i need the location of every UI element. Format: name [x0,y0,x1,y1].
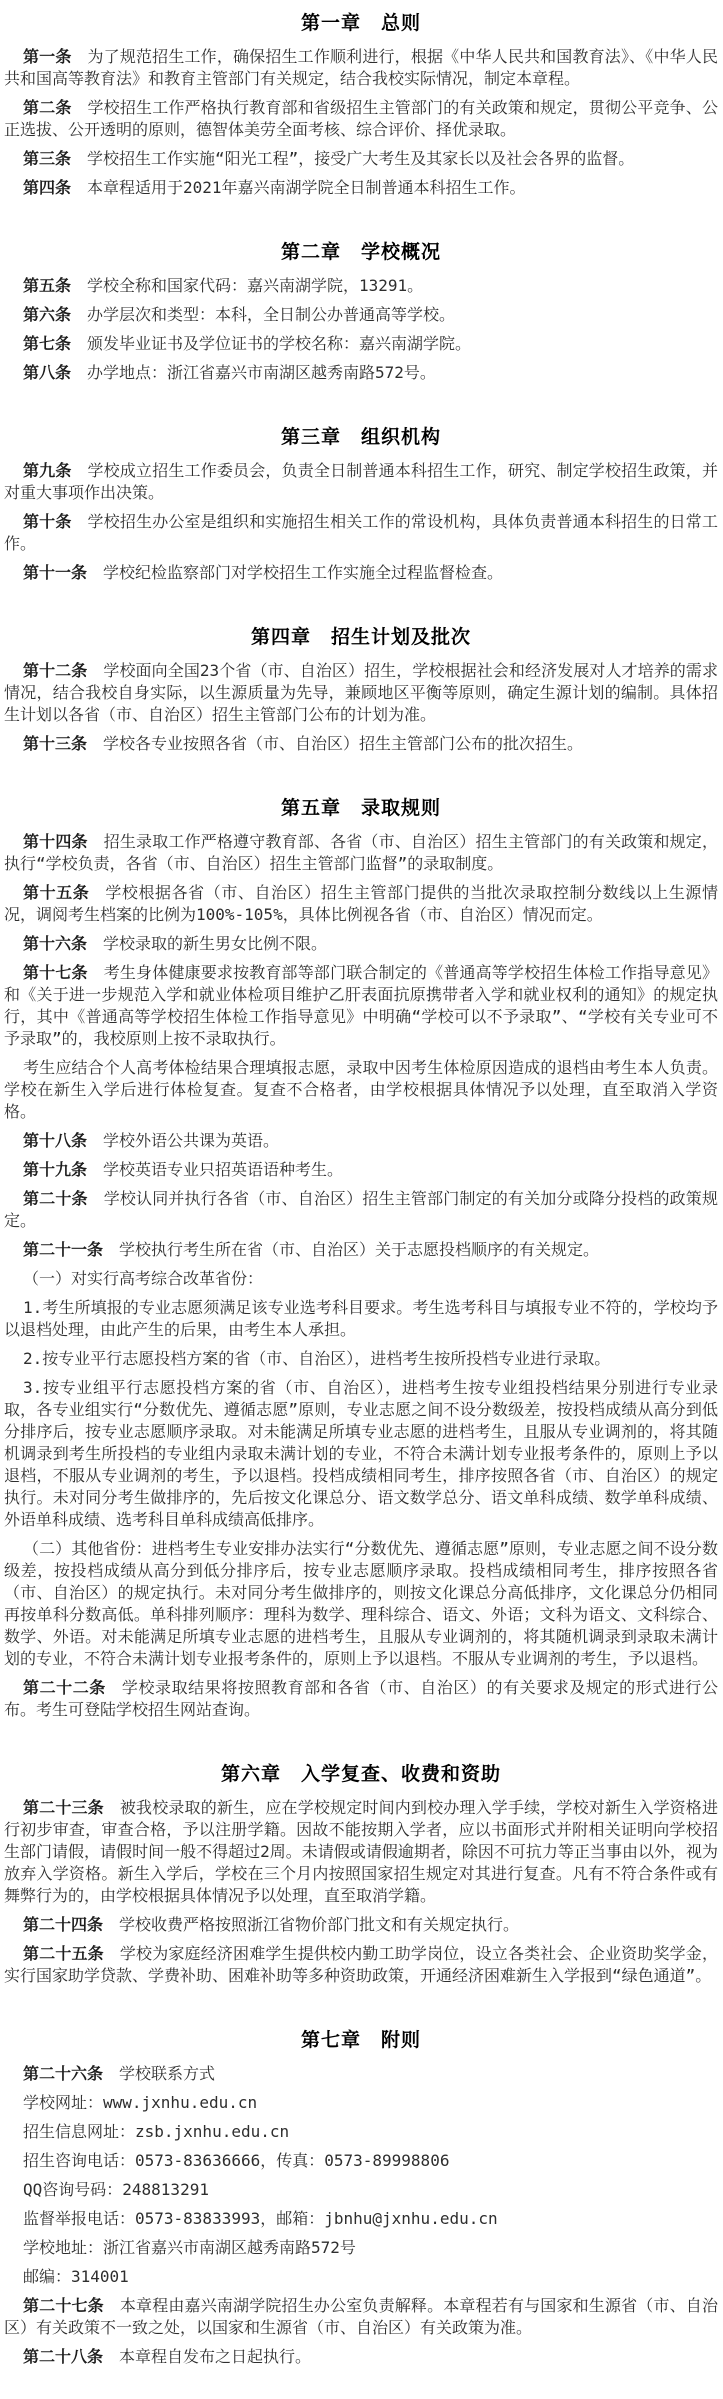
paragraph-text: QQ咨询号码：248813291 [23,2180,209,2199]
article-number-label: 第十条 [23,512,88,531]
paragraph: 招生咨询电话：0573-83636666，传真：0573-89998806 [4,2150,718,2172]
chapter: 第四章 招生计划及批次第十二条学校面向全国23个省（市、自治区）招生，学校根据社… [4,624,718,755]
paragraph-text: 为了规范招生工作，确保招生工作顺利进行，根据《中华人民共和国教育法》、《中华人民… [4,47,718,88]
article-number-label: 第十五条 [23,883,105,902]
paragraph-text: 本章程自发布之日起执行。 [119,2347,311,2366]
paragraph: 招生信息网址：zsb.jxnhu.edu.cn [4,2121,718,2143]
paragraph: 学校网址：www.jxnhu.edu.cn [4,2092,718,2114]
paragraph: 2.按专业平行志愿投档方案的省（市、自治区），进档考生按所投档专业进行录取。 [4,1348,718,1370]
article-paragraph: 第二条学校招生工作严格执行教育部和省级招生主管部门的有关政策和规定，贯彻公平竞争… [4,97,718,141]
article-number-label: 第十四条 [23,832,104,851]
article-number-label: 第十八条 [23,1131,103,1150]
article-paragraph: 第十三条学校各专业按照各省（市、自治区）招生主管部门公布的批次招生。 [4,733,718,755]
article-number-label: 第九条 [23,461,88,480]
article-paragraph: 第十七条考生身体健康要求按教育部等部门联合制定的《普通高等学校招生体检工作指导意… [4,962,718,1050]
chapter-title: 第三章 组织机构 [4,424,718,450]
paragraph-text: 学校招生工作严格执行教育部和省级招生主管部门的有关政策和规定，贯彻公平竞争、公正… [4,98,718,139]
article-number-label: 第十二条 [23,661,103,680]
paragraph-text: 学校联系方式 [119,2064,215,2083]
paragraph-text: （二）其他省份：进档考生专业安排办法实行“分数优先、遵循志愿”原则，专业志愿之间… [4,1539,718,1668]
paragraph-text: 办学地点：浙江省嘉兴市南湖区越秀南路572号。 [87,363,436,382]
article-paragraph: 第二十五条学校为家庭经济困难学生提供校内勤工助学岗位，设立各类社会、企业资助奖学… [4,1943,718,1987]
paragraph-text: 学校地址：浙江省嘉兴市南湖区越秀南路572号 [23,2238,356,2257]
chapter-title: 第二章 学校概况 [4,239,718,265]
paragraph-text: 监督举报电话：0573-83833993，邮箱：jbnhu@jxnhu.edu.… [23,2209,498,2228]
article-number-label: 第七条 [23,334,87,353]
article-paragraph: 第三条学校招生工作实施“阳光工程”，接受广大考生及其家长以及社会各界的监督。 [4,148,718,170]
paragraph-text: 学校根据各省（市、自治区）招生主管部门提供的当批次录取控制分数线以上生源情况，调… [4,883,718,924]
chapter-title: 第七章 附则 [4,2027,718,2053]
paragraph-text: 学校英语专业只招英语语种考生。 [103,1160,343,1179]
paragraph: 学校地址：浙江省嘉兴市南湖区越秀南路572号 [4,2237,718,2259]
article-number-label: 第二十八条 [23,2347,119,2366]
chapter: 第六章 入学复查、收费和资助第二十三条被我校录取的新生，应在学校规定时间内到校办… [4,1761,718,1987]
paragraph: 3.按专业组平行志愿投档方案的省（市、自治区），进档考生按专业组投档结果分别进行… [4,1377,718,1531]
article-paragraph: 第七条颁发毕业证书及学位证书的学校名称：嘉兴南湖学院。 [4,333,718,355]
paragraph-text: 颁发毕业证书及学位证书的学校名称：嘉兴南湖学院。 [87,334,471,353]
article-paragraph: 第八条办学地点：浙江省嘉兴市南湖区越秀南路572号。 [4,362,718,384]
paragraph: （一）对实行高考综合改革省份： [4,1268,718,1290]
paragraph: 考生应结合个人高考体检结果合理填报志愿，录取中因考生体检原因造成的退档由考生本人… [4,1057,718,1123]
paragraph-text: 学校网址：www.jxnhu.edu.cn [23,2093,257,2112]
chapter-title: 第一章 总则 [4,10,718,36]
article-number-label: 第十七条 [23,963,104,982]
paragraph: 邮编：314001 [4,2266,718,2288]
paragraph-text: 学校录取的新生男女比例不限。 [103,934,327,953]
article-paragraph: 第二十二条学校录取结果将按照教育部和各省（市、自治区）的有关要求及规定的形式进行… [4,1677,718,1721]
article-number-label: 第八条 [23,363,87,382]
article-paragraph: 第二十一条学校执行考生所在省（市、自治区）关于志愿投档顺序的有关规定。 [4,1239,718,1261]
chapter-title: 第四章 招生计划及批次 [4,624,718,650]
article-paragraph: 第十四条招生录取工作严格遵守教育部、各省（市、自治区）招生主管部门的有关政策和规… [4,831,718,875]
paragraph: QQ咨询号码：248813291 [4,2179,718,2201]
article-number-label: 第三条 [23,149,87,168]
paragraph-text: 本章程适用于2021年嘉兴南湖学院全日制普通本科招生工作。 [87,178,526,197]
article-paragraph: 第九条学校成立招生工作委员会，负责全日制普通本科招生工作，研究、制定学校招生政策… [4,460,718,504]
paragraph-text: 学校纪检监察部门对学校招生工作实施全过程监督检查。 [103,563,503,582]
paragraph-text: 学校各专业按照各省（市、自治区）招生主管部门公布的批次招生。 [103,734,583,753]
article-number-label: 第二十一条 [23,1240,119,1259]
article-paragraph: 第五条学校全称和国家代码：嘉兴南湖学院，13291。 [4,275,718,297]
paragraph-text: （一）对实行高考综合改革省份： [23,1269,263,1288]
article-paragraph: 第十二条学校面向全国23个省（市、自治区）招生，学校根据社会和经济发展对人才培养… [4,660,718,726]
paragraph-text: 3.按专业组平行志愿投档方案的省（市、自治区），进档考生按专业组投档结果分别进行… [4,1378,718,1529]
chapter: 第二章 学校概况第五条学校全称和国家代码：嘉兴南湖学院，13291。第六条办学层… [4,239,718,384]
article-number-label: 第二十五条 [23,1944,120,1963]
chapter-title: 第五章 录取规则 [4,795,718,821]
paragraph-text: 办学层次和类型：本科，全日制公办普通高等学校。 [87,305,455,324]
chapter: 第一章 总则第一条为了规范招生工作，确保招生工作顺利进行，根据《中华人民共和国教… [4,10,718,199]
paragraph-text: 学校外语公共课为英语。 [103,1131,279,1150]
paragraph-text: 邮编：314001 [23,2267,129,2286]
paragraph-text: 考生应结合个人高考体检结果合理填报志愿，录取中因考生体检原因造成的退档由考生本人… [4,1058,718,1121]
article-paragraph: 第十条学校招生办公室是组织和实施招生相关工作的常设机构，具体负责普通本科招生的日… [4,511,718,555]
article-paragraph: 第二十六条学校联系方式 [4,2063,718,2085]
article-paragraph: 第二十条学校认同并执行各省（市、自治区）招生主管部门制定的有关加分或降分投档的政… [4,1188,718,1232]
article-number-label: 第十三条 [23,734,103,753]
article-paragraph: 第六条办学层次和类型：本科，全日制公办普通高等学校。 [4,304,718,326]
paragraph-text: 2.按专业平行志愿投档方案的省（市、自治区），进档考生按所投档专业进行录取。 [23,1349,610,1368]
article-number-label: 第二十条 [23,1189,104,1208]
paragraph-text: 学校全称和国家代码：嘉兴南湖学院，13291。 [87,276,423,295]
paragraph: （二）其他省份：进档考生专业安排办法实行“分数优先、遵循志愿”原则，专业志愿之间… [4,1538,718,1670]
article-paragraph: 第十五条学校根据各省（市、自治区）招生主管部门提供的当批次录取控制分数线以上生源… [4,882,718,926]
chapter-title: 第六章 入学复查、收费和资助 [4,1761,718,1787]
article-number-label: 第二十二条 [23,1678,122,1697]
article-number-label: 第五条 [23,276,87,295]
chapter: 第五章 录取规则第十四条招生录取工作严格遵守教育部、各省（市、自治区）招生主管部… [4,795,718,1721]
article-number-label: 第二十四条 [23,1915,119,1934]
article-paragraph: 第二十三条被我校录取的新生，应在学校规定时间内到校办理入学手续，学校对新生入学资… [4,1797,718,1907]
article-number-label: 第十一条 [23,563,103,582]
article-number-label: 第十九条 [23,1160,103,1179]
paragraph-text: 招生信息网址：zsb.jxnhu.edu.cn [23,2122,289,2141]
article-paragraph: 第十八条学校外语公共课为英语。 [4,1130,718,1152]
paragraph-text: 学校收费严格按照浙江省物价部门批文和有关规定执行。 [119,1915,519,1934]
article-paragraph: 第二十七条本章程由嘉兴南湖学院招生办公室负责解释。本章程若有与国家和生源省（市、… [4,2295,718,2339]
article-paragraph: 第二十四条学校收费严格按照浙江省物价部门批文和有关规定执行。 [4,1914,718,1936]
article-number-label: 第四条 [23,178,87,197]
paragraph-text: 考生身体健康要求按教育部等部门联合制定的《普通高等学校招生体检工作指导意见》和《… [4,963,718,1048]
article-number-label: 第二十七条 [23,2296,120,2315]
article-paragraph: 第十一条学校纪检监察部门对学校招生工作实施全过程监督检查。 [4,562,718,584]
article-paragraph: 第二十八条本章程自发布之日起执行。 [4,2346,718,2368]
article-paragraph: 第四条本章程适用于2021年嘉兴南湖学院全日制普通本科招生工作。 [4,177,718,199]
paragraph: 1.考生所填报的专业志愿须满足该专业选考科目要求。考生选考科目与填报专业不符的，… [4,1297,718,1341]
article-number-label: 第六条 [23,305,87,324]
chapter: 第三章 组织机构第九条学校成立招生工作委员会，负责全日制普通本科招生工作，研究、… [4,424,718,584]
paragraph-text: 招生录取工作严格遵守教育部、各省（市、自治区）招生主管部门的有关政策和规定，执行… [4,832,718,873]
paragraph-text: 学校认同并执行各省（市、自治区）招生主管部门制定的有关加分或降分投档的政策规定。 [4,1189,718,1230]
article-paragraph: 第十六条学校录取的新生男女比例不限。 [4,933,718,955]
article-paragraph: 第一条为了规范招生工作，确保招生工作顺利进行，根据《中华人民共和国教育法》、《中… [4,46,718,90]
article-number-label: 第二十三条 [23,1798,120,1817]
paragraph-text: 学校招生办公室是组织和实施招生相关工作的常设机构，具体负责普通本科招生的日常工作… [4,512,718,553]
article-number-label: 第二十六条 [23,2064,119,2083]
paragraph-text: 学校面向全国23个省（市、自治区）招生，学校根据社会和经济发展对人才培养的需求情… [4,661,718,724]
paragraph-text: 学校成立招生工作委员会，负责全日制普通本科招生工作，研究、制定学校招生政策，并对… [4,461,718,502]
paragraph: 监督举报电话：0573-83833993，邮箱：jbnhu@jxnhu.edu.… [4,2208,718,2230]
paragraph-text: 学校招生工作实施“阳光工程”，接受广大考生及其家长以及社会各界的监督。 [87,149,634,168]
paragraph-text: 1.考生所填报的专业志愿须满足该专业选考科目要求。考生选考科目与填报专业不符的，… [4,1298,718,1339]
article-paragraph: 第十九条学校英语专业只招英语语种考生。 [4,1159,718,1181]
paragraph-text: 招生咨询电话：0573-83636666，传真：0573-89998806 [23,2151,449,2170]
chapter: 第七章 附则第二十六条学校联系方式学校网址：www.jxnhu.edu.cn招生… [4,2027,718,2368]
document: 第一章 总则第一条为了规范招生工作，确保招生工作顺利进行，根据《中华人民共和国教… [0,0,723,2399]
article-number-label: 第一条 [23,47,88,66]
paragraph-text: 学校执行考生所在省（市、自治区）关于志愿投档顺序的有关规定。 [119,1240,599,1259]
article-number-label: 第二条 [23,98,88,117]
article-number-label: 第十六条 [23,934,103,953]
